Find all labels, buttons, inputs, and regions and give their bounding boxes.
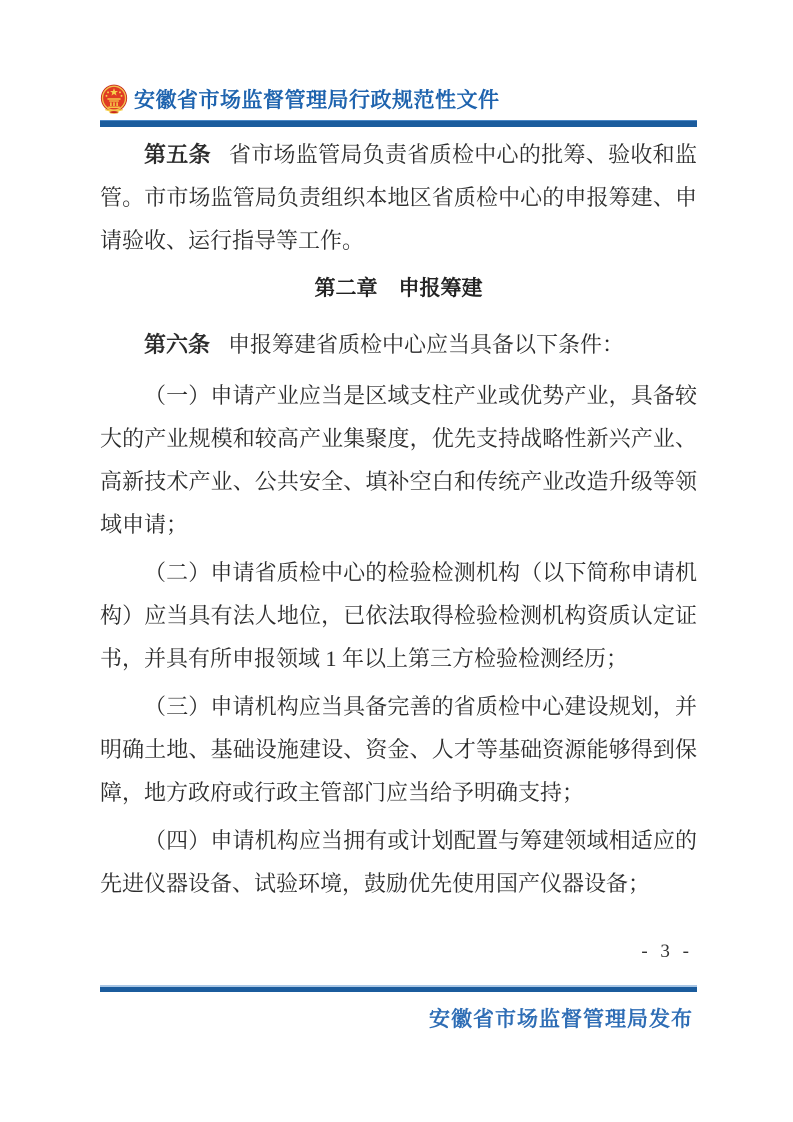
clause-item-2: （二）申请省质检中心的检验检测机构（以下简称申请机构）应当具有法人地位，已依法取… bbox=[100, 551, 697, 680]
publisher-label: 安徽省市场监督管理局发布 bbox=[100, 1003, 693, 1033]
article-5-number: 第五条 bbox=[144, 142, 211, 167]
article-6-text: 申报筹建省质检中心应当具备以下条件： bbox=[228, 332, 624, 357]
footer-rule bbox=[100, 985, 697, 992]
clause-item-4: （四）申请机构应当拥有或计划配置与筹建领域相适应的先进仪器设备、试验环境，鼓励优… bbox=[100, 819, 697, 905]
paragraph-article-6: 第六条申报筹建省质检中心应当具备以下条件： bbox=[100, 323, 697, 366]
chapter-heading: 第二章 申报筹建 bbox=[100, 267, 697, 310]
clause-item-1: （一）申请产业应当是区域支柱产业或优势产业，具备较大的产业规模和较高产业集聚度，… bbox=[100, 374, 697, 546]
header-rule bbox=[100, 120, 697, 127]
page-number: - 3 - bbox=[641, 941, 693, 963]
national-emblem-icon bbox=[100, 84, 128, 114]
article-6-number: 第六条 bbox=[144, 332, 210, 357]
clause-item-3: （三）申请机构应当具备完善的省质检中心建设规划，并明确土地、基础设施建设、资金、… bbox=[100, 685, 697, 814]
document-body: 第五条省市场监管局负责省质检中心的批筹、验收和监管。市市场监管局负责组织本地区省… bbox=[100, 133, 697, 910]
document-page: 安徽省市场监督管理局行政规范性文件 第五条省市场监管局负责省质检中心的批筹、验收… bbox=[0, 0, 793, 1122]
paragraph-article-5: 第五条省市场监管局负责省质检中心的批筹、验收和监管。市市场监管局负责组织本地区省… bbox=[100, 133, 697, 262]
document-header: 安徽省市场监督管理局行政规范性文件 bbox=[100, 84, 697, 114]
header-title: 安徽省市场监督管理局行政规范性文件 bbox=[134, 84, 500, 114]
